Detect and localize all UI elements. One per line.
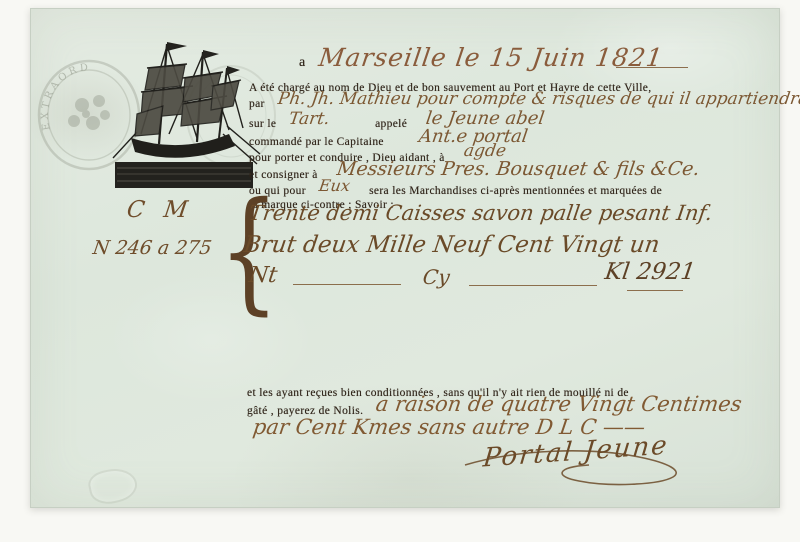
net-label: Nt — [247, 263, 279, 288]
shipper-name: Ph. Jh. Mathieu pour compte & risques de… — [276, 89, 800, 109]
cargo-mark-monogram: C M — [125, 197, 195, 223]
weight-underline — [627, 290, 683, 291]
ink-dash — [469, 285, 597, 286]
sailing-ship-engraving — [111, 34, 261, 196]
bill-of-lading-paper: EXTRAORD — [30, 8, 780, 508]
goods-weight-words: Brut deux Mille Neuf Cent Vingt un — [242, 232, 661, 258]
freight-rate-hand: a raison de quatre Vingt Centimes — [375, 392, 744, 416]
dateline-prefix: a — [299, 55, 306, 70]
printed-text: sera les Marchandises ci-après mentionné… — [369, 185, 662, 197]
cargo-mark-numbers: N 246 a 275 — [91, 237, 213, 259]
scanned-document: EXTRAORD — [0, 0, 800, 542]
dateline-script: Marseille le 15 Juin 1821 — [317, 43, 665, 72]
vessel-type: Tart. — [288, 109, 331, 129]
ink-dash — [293, 284, 401, 285]
dateline-dash — [616, 67, 688, 68]
weight-kilograms: Kl 2921 — [603, 259, 697, 285]
cy-label: Cy — [421, 265, 451, 289]
stamp-ring-text: EXTRAORD — [40, 62, 91, 131]
signature-flourish — [459, 447, 699, 493]
consignee-name: Messieurs Pres. Bousquet & fils &Ce. — [335, 158, 701, 180]
printed-text: par — [249, 98, 265, 110]
dateline: a Marseille le 15 Juin 1821 — [299, 43, 663, 72]
stamp-floral-center — [68, 95, 110, 130]
goods-description-line: Trente demi Caisses savon palle pesant I… — [247, 201, 714, 225]
blind-embossed-stamp — [86, 464, 140, 507]
